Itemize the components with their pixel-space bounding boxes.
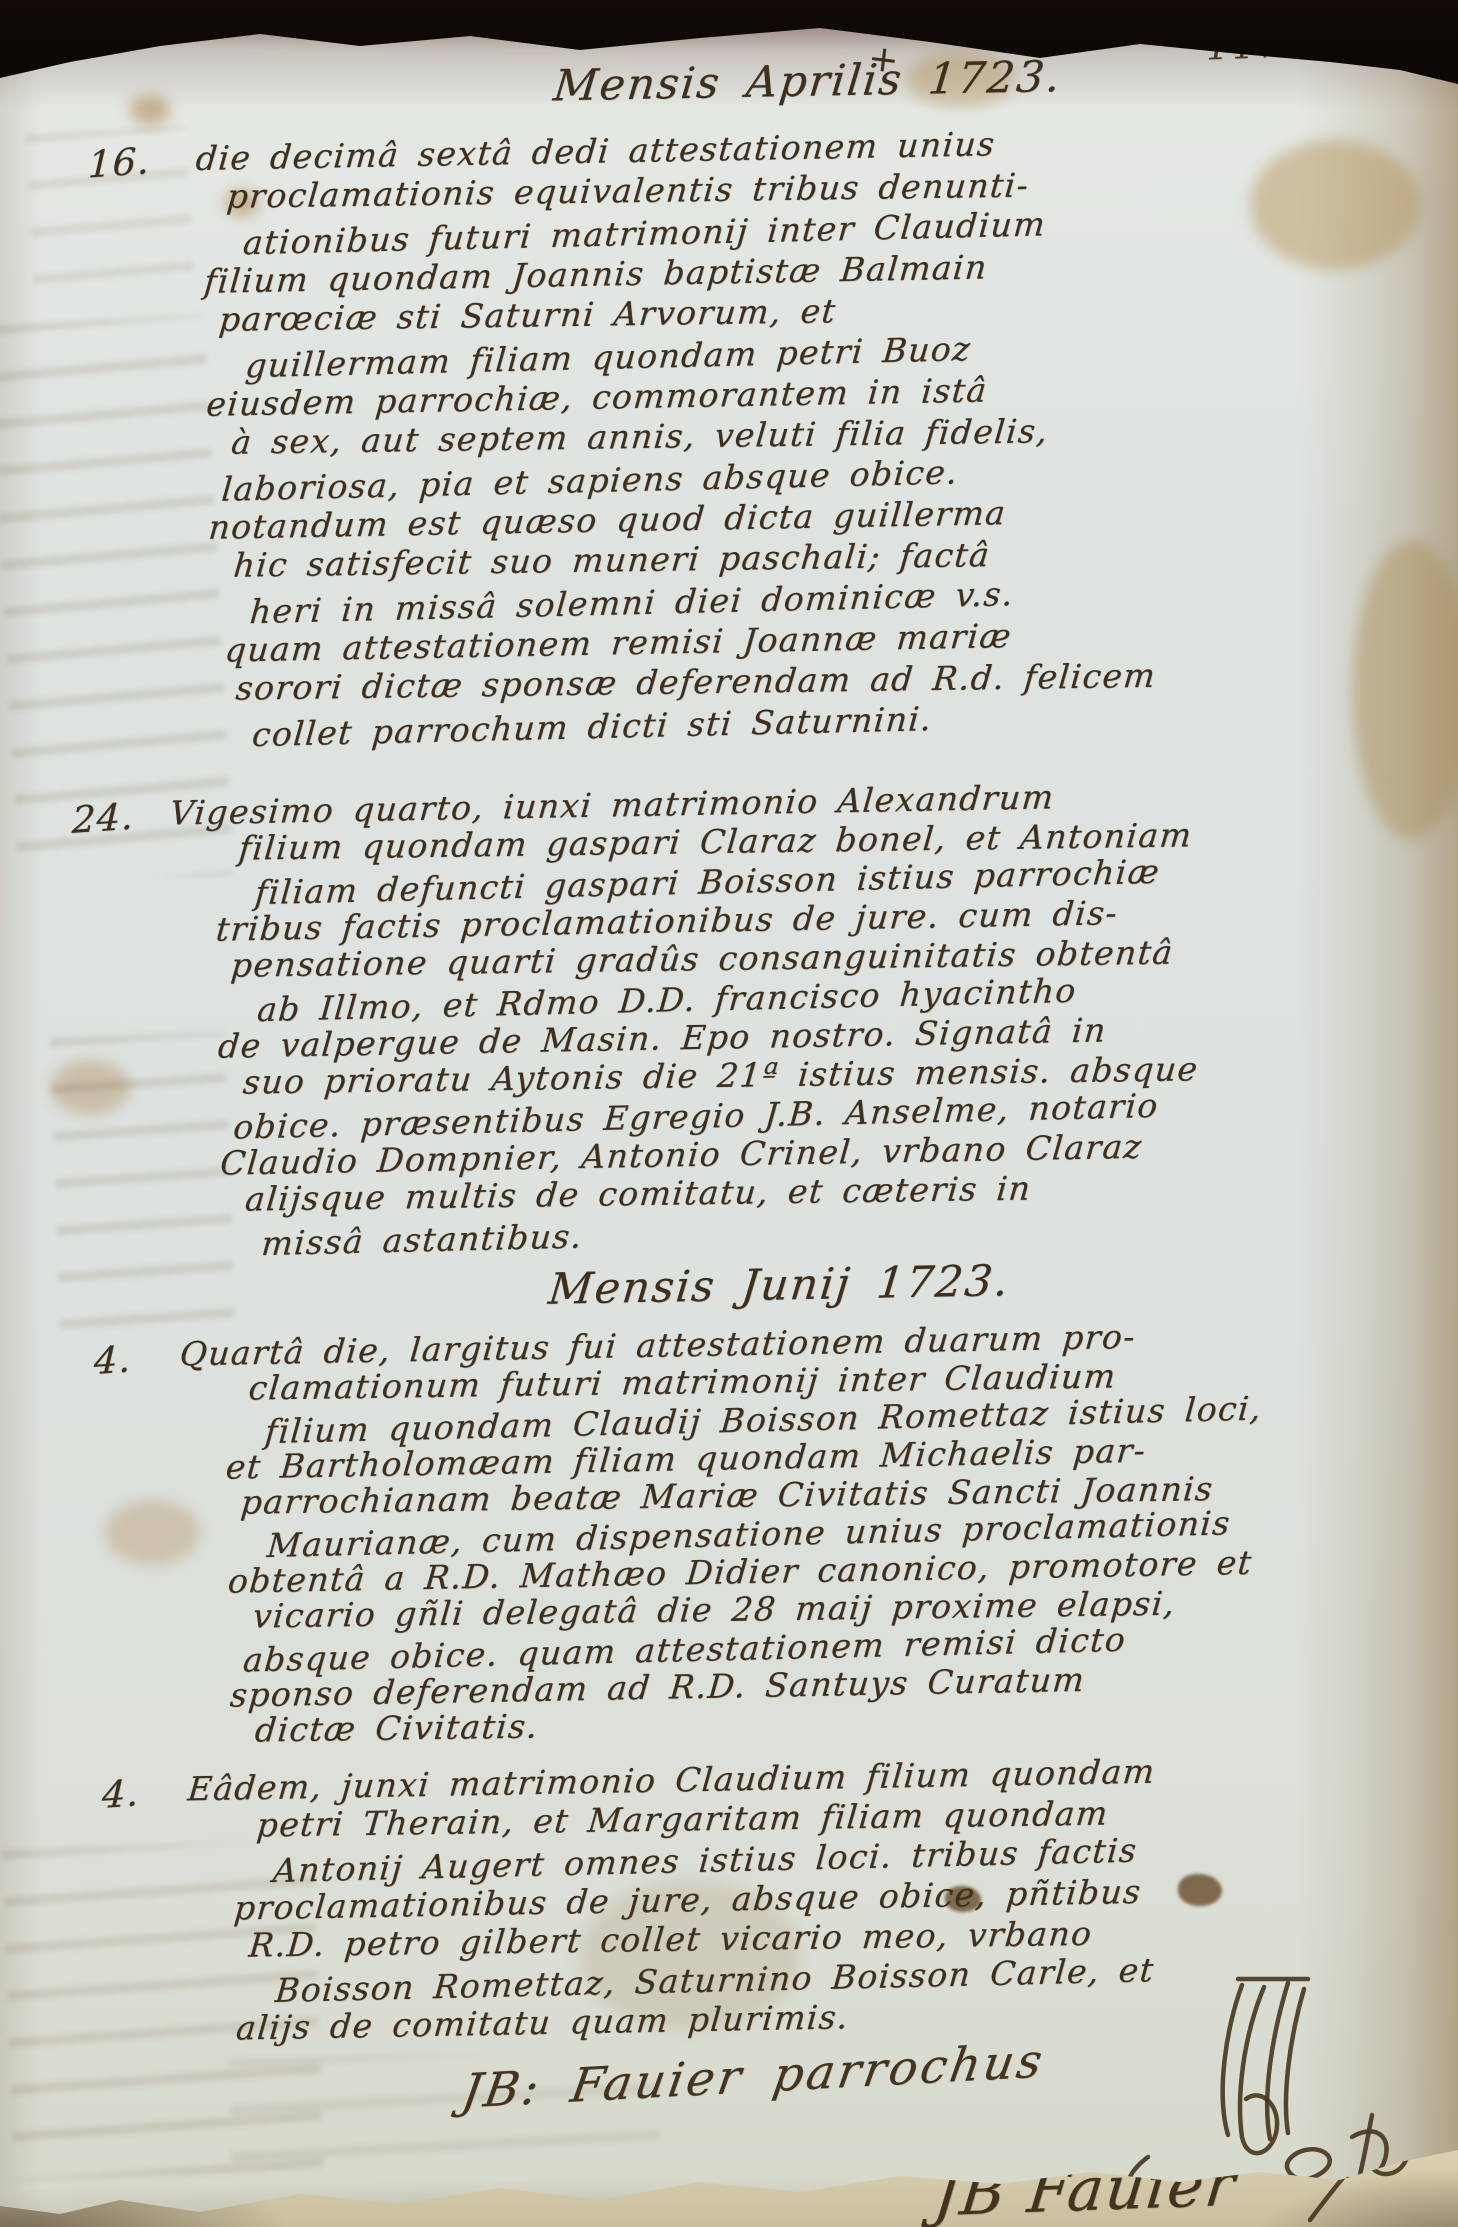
entry-lines: Quartâ die, largitus fui attestationem d…	[223, 1256, 1458, 1752]
entry-lines: Vigesimo quarto, iunxi matrimonio Alexan…	[214, 770, 1454, 1260]
month-title-april: Mensis Aprilis 1723.	[551, 52, 1064, 111]
manuscript-text: + Mensis Aprilis 1723. 16. die decimâ se…	[42, 33, 1458, 2171]
entry-lines: die decimâ sextâ dedi attestationem uniu…	[202, 115, 1445, 752]
entry-april-16: 16. die decimâ sextâ dedi attestationem …	[44, 115, 1445, 755]
entry-margin-number: 24.	[71, 795, 135, 842]
manuscript-photo: JB Fauier 117. + Mensis Aprilis 1723.	[0, 0, 1458, 2227]
entry-june-4-attestation: 4. Quartâ die, largitus fui attestatione…	[65, 1256, 1458, 1755]
entry-margin-number: 4.	[93, 1337, 132, 1383]
entry-margin-number: 16.	[87, 139, 151, 186]
entry-margin-number: 4.	[101, 1771, 140, 1817]
month-header-april: + Mensis Aprilis 1723.	[302, 47, 1313, 129]
entry-april-24: 24. Vigesimo quarto, iunxi matrimonio Al…	[56, 770, 1454, 1263]
register-page: 117. + Mensis Aprilis 1723. 16. die deci…	[0, 0, 1458, 2227]
priest-signature: JB: Fauier parrochus	[458, 2034, 1049, 2120]
